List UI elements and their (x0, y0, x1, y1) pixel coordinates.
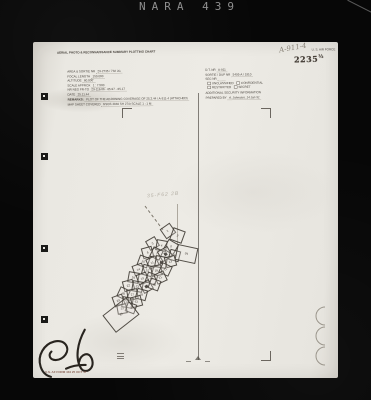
footprint-number: 27 (130, 292, 134, 296)
footprint-number: 22 (126, 283, 130, 287)
footprint-number: 6 (146, 250, 148, 253)
footprint-number: 4 (160, 243, 162, 246)
footprint-number: 19 (140, 276, 144, 280)
microfilm-frame: NARA 439 AERIAL PHOTO & RECONNAISSANCE S… (0, 0, 371, 400)
scanned-document-page: AERIAL PHOTO & RECONNAISSANCE SUMMARY PL… (33, 42, 338, 378)
scallop-edge-marks (311, 304, 329, 370)
footprint-number: 35 (119, 313, 123, 317)
footprint-number: 31 (134, 299, 138, 303)
footprint-number: 25 (152, 282, 156, 286)
footprint-number: 11 (150, 260, 154, 264)
scale-bar-marks (117, 353, 124, 361)
footprint-number: 1 (166, 229, 169, 232)
footprint-number: 14 (136, 267, 140, 271)
nara-watermark: NARA 439 (139, 0, 240, 13)
footprint-number: 13 (168, 259, 172, 263)
footprint-number: 3 (151, 241, 154, 244)
footprint-number: 2 (176, 233, 179, 236)
film-scratch (347, 0, 371, 13)
footprint-number: 34 (184, 252, 188, 256)
form-number: U.S. AF FORM 434 25 OCT 47 (45, 362, 128, 380)
footprint-number: 21 (158, 275, 162, 279)
